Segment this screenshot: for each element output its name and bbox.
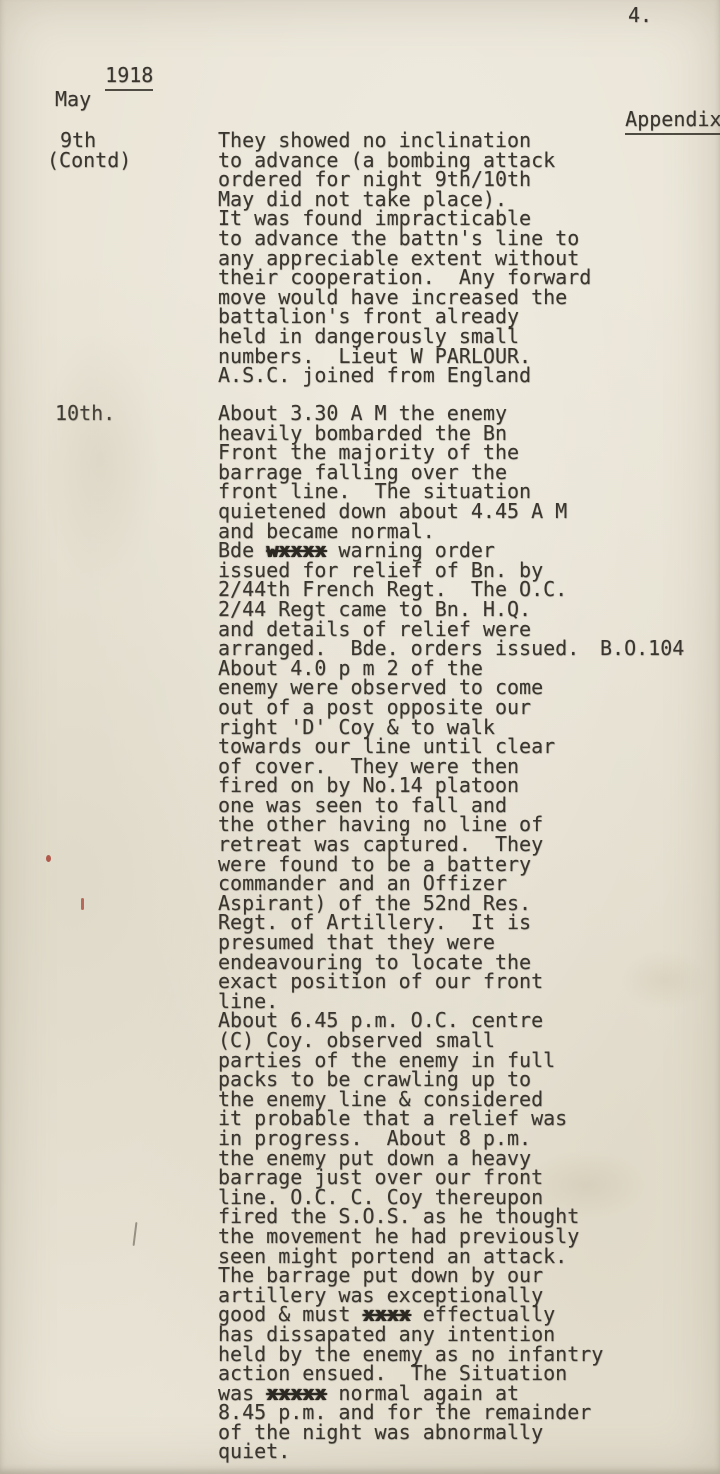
margin-note: B.O.104 — [600, 639, 684, 659]
year-heading: 1918 — [105, 63, 153, 91]
month-label: May — [55, 90, 91, 110]
page-number: 4. — [628, 6, 652, 26]
entry-body: About 3.30 A M the enemyheavily bombarde… — [218, 404, 658, 1462]
diary-page: 4. 1918 May Appendix. 9th(Contd)They sho… — [0, 0, 720, 1474]
paper-stain — [40, 330, 160, 590]
entry-date: 9th(Contd) — [47, 131, 131, 170]
red-ink-speck — [46, 855, 51, 862]
entry-body: They showed no inclinationto advance (a … — [218, 131, 658, 386]
diary-line: A.S.C. joined from England — [218, 366, 658, 386]
diary-line: exact position of our front — [218, 972, 658, 992]
entry-date: 10th. — [47, 404, 115, 424]
pencil-mark — [133, 1222, 138, 1246]
red-ink-tick — [81, 898, 84, 910]
diary-line: quiet. — [218, 1442, 658, 1462]
entry-date-line: (Contd) — [47, 151, 131, 171]
entry-date-line: 10th. — [47, 404, 115, 424]
